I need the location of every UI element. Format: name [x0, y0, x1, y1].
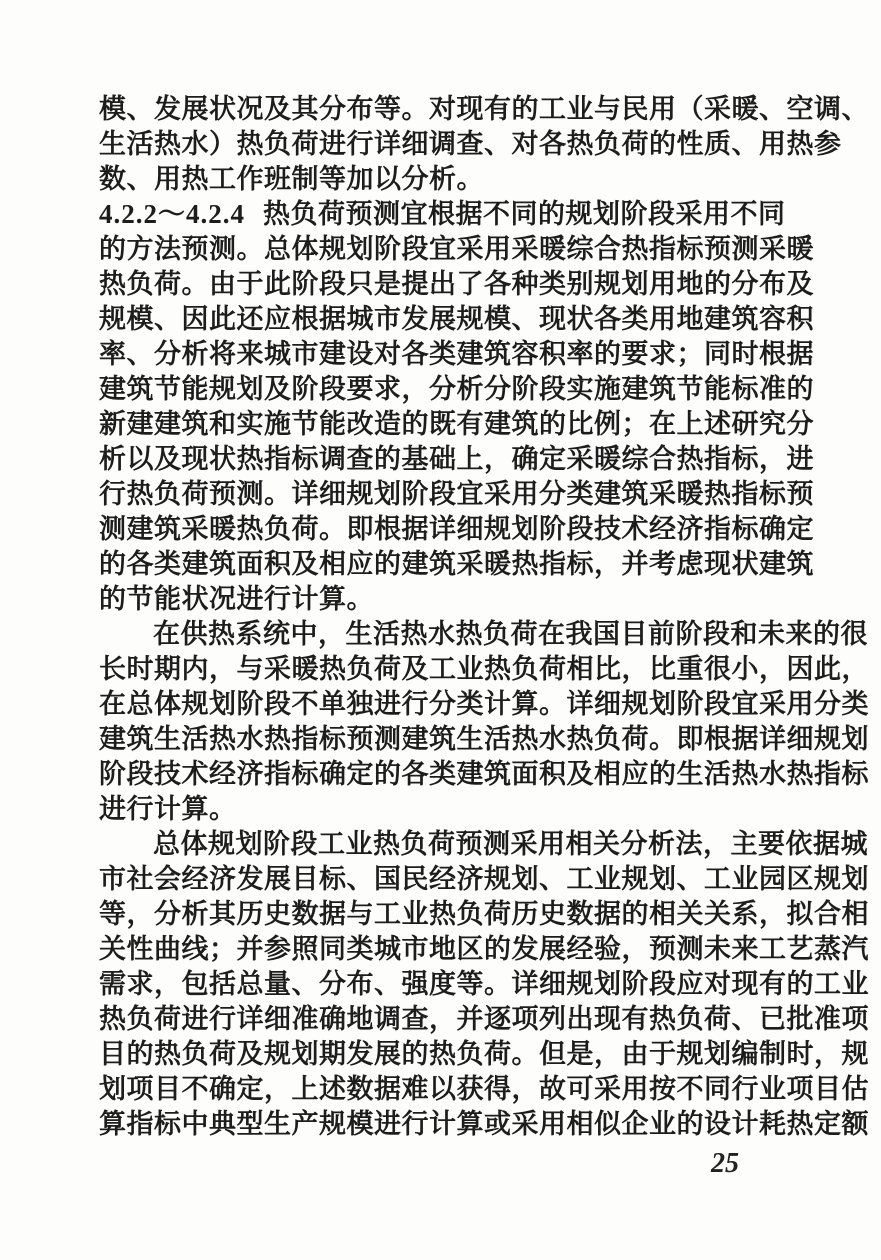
text-line-content: 的各类建筑面积及相应的建筑采暖热指标，并考虑现状建筑 — [99, 549, 814, 579]
text-line: 需求，包括总量、分布、强度等。详细规划阶段应对现有的工业 — [99, 967, 777, 1002]
text-line-content: 划项目不确定，上述数据难以获得，故可采用按不同行业项目估 — [99, 1074, 869, 1104]
text-line: 关性曲线；并参照同类城市地区的发展经验，预测未来工艺蒸汽 — [99, 932, 777, 967]
text-line-content: 生活热水）热负荷进行详细调查、对各热负荷的性质、用热参 — [99, 129, 842, 159]
text-line-clause: 4.2.2～4.2.4热负荷预测宜根据不同的规划阶段采用不同 — [99, 197, 777, 232]
text-line-content: 关性曲线；并参照同类城市地区的发展经验，预测未来工艺蒸汽 — [99, 934, 869, 964]
text-line: 的方法预测。总体规划阶段宜采用采暖综合热指标预测采暖 — [99, 232, 777, 267]
text-line-content: 目的热负荷及规划期发展的热负荷。但是，由于规划编制时，规 — [99, 1039, 869, 1069]
text-line-content: 新建建筑和实施节能改造的既有建筑的比例；在上述研究分 — [99, 409, 814, 439]
text-line-content: 测建筑采暖热负荷。即根据详细规划阶段技术经济指标确定 — [99, 514, 814, 544]
text-line-content: 进行计算。 — [99, 794, 237, 824]
text-line: 数、用热工作班制等加以分析。 — [99, 162, 777, 197]
text-line: 的节能状况进行计算。 — [99, 582, 777, 617]
text-line: 划项目不确定，上述数据难以获得，故可采用按不同行业项目估 — [99, 1072, 777, 1107]
text-line: 目的热负荷及规划期发展的热负荷。但是，由于规划编制时，规 — [99, 1037, 777, 1072]
text-line: 在总体规划阶段不单独进行分类计算。详细规划阶段宜采用分类 — [99, 687, 777, 722]
text-line-content: 在总体规划阶段不单独进行分类计算。详细规划阶段宜采用分类 — [99, 689, 869, 719]
text-line-content: 算指标中典型生产规模进行计算或采用相似企业的设计耗热定额 — [99, 1109, 869, 1139]
text-line-content: 行热负荷预测。详细规划阶段宜采用分类建筑采暖热指标预 — [99, 479, 814, 509]
text-line: 行热负荷预测。详细规划阶段宜采用分类建筑采暖热指标预 — [99, 477, 777, 512]
text-line: 热负荷。由于此阶段只是提出了各种类别规划用地的分布及 — [99, 267, 777, 302]
text-line: 测建筑采暖热负荷。即根据详细规划阶段技术经济指标确定 — [99, 512, 777, 547]
text-line: 规模、因此还应根据城市发展规模、现状各类用地建筑容积 — [99, 302, 777, 337]
text-line-content: 率、分析将来城市建设对各类建筑容积率的要求；同时根据 — [99, 339, 814, 369]
text-line-content: 总体规划阶段工业热负荷预测采用相关分析法，主要依据城 — [153, 829, 868, 859]
text-line: 热负荷进行详细准确地调查，并逐项列出现有热负荷、已批准项 — [99, 1002, 777, 1037]
text-line-content: 热负荷。由于此阶段只是提出了各种类别规划用地的分布及 — [99, 269, 814, 299]
text-line-paragraph-start: 总体规划阶段工业热负荷预测采用相关分析法，主要依据城 — [99, 827, 777, 862]
text-line: 生活热水）热负荷进行详细调查、对各热负荷的性质、用热参 — [99, 127, 777, 162]
text-line-content: 规模、因此还应根据城市发展规模、现状各类用地建筑容积 — [99, 304, 814, 334]
text-line-content: 数、用热工作班制等加以分析。 — [99, 164, 484, 194]
text-line-content: 析以及现状热指标调查的基础上，确定采暖综合热指标，进 — [99, 444, 814, 474]
text-line: 等，分析其历史数据与工业热负荷历史数据的相关关系，拟合相 — [99, 897, 777, 932]
clause-number: 4.2.2～4.2.4 — [99, 199, 245, 229]
text-line: 新建建筑和实施节能改造的既有建筑的比例；在上述研究分 — [99, 407, 777, 442]
page-number: 25 — [711, 1148, 739, 1180]
text-line-paragraph-start: 在供热系统中，生活热水热负荷在我国目前阶段和未来的很 — [99, 617, 777, 652]
text-line-content: 建筑节能规划及阶段要求，分析分阶段实施建筑节能标准的 — [99, 374, 814, 404]
text-line-content: 模、发展状况及其分布等。对现有的工业与民用（采暖、空调、 — [99, 94, 869, 124]
text-line-content: 长时期内，与采暖热负荷及工业热负荷相比，比重很小，因此， — [99, 654, 869, 684]
text-line: 的各类建筑面积及相应的建筑采暖热指标，并考虑现状建筑 — [99, 547, 777, 582]
text-line: 进行计算。 — [99, 792, 777, 827]
text-line: 率、分析将来城市建设对各类建筑容积率的要求；同时根据 — [99, 337, 777, 372]
text-line: 算指标中典型生产规模进行计算或采用相似企业的设计耗热定额 — [99, 1107, 777, 1142]
text-line-content: 的节能状况进行计算。 — [99, 584, 374, 614]
body-text-block: 模、发展状况及其分布等。对现有的工业与民用（采暖、空调、 生活热水）热负荷进行详… — [99, 92, 777, 1142]
document-page: 模、发展状况及其分布等。对现有的工业与民用（采暖、空调、 生活热水）热负荷进行详… — [0, 0, 881, 1260]
text-line-content: 等，分析其历史数据与工业热负荷历史数据的相关关系，拟合相 — [99, 899, 869, 929]
text-line-content: 在供热系统中，生活热水热负荷在我国目前阶段和未来的很 — [153, 619, 868, 649]
text-line-content: 热负荷预测宜根据不同的规划阶段采用不同 — [263, 199, 786, 229]
text-line-content: 需求，包括总量、分布、强度等。详细规划阶段应对现有的工业 — [99, 969, 869, 999]
text-line: 阶段技术经济指标确定的各类建筑面积及相应的生活热水热指标 — [99, 757, 777, 792]
text-line: 建筑生活热水热指标预测建筑生活热水热负荷。即根据详细规划 — [99, 722, 777, 757]
text-line: 长时期内，与采暖热负荷及工业热负荷相比，比重很小，因此， — [99, 652, 777, 687]
text-line-content: 的方法预测。总体规划阶段宜采用采暖综合热指标预测采暖 — [99, 234, 814, 264]
text-line: 析以及现状热指标调查的基础上，确定采暖综合热指标，进 — [99, 442, 777, 477]
text-line-content: 热负荷进行详细准确地调查，并逐项列出现有热负荷、已批准项 — [99, 1004, 869, 1034]
text-line-content: 建筑生活热水热指标预测建筑生活热水热负荷。即根据详细规划 — [99, 724, 869, 754]
text-line: 市社会经济发展目标、国民经济规划、工业规划、工业园区规划 — [99, 862, 777, 897]
text-line-content: 市社会经济发展目标、国民经济规划、工业规划、工业园区规划 — [99, 864, 869, 894]
text-line-content: 阶段技术经济指标确定的各类建筑面积及相应的生活热水热指标 — [99, 759, 869, 789]
text-line: 建筑节能规划及阶段要求，分析分阶段实施建筑节能标准的 — [99, 372, 777, 407]
text-line: 模、发展状况及其分布等。对现有的工业与民用（采暖、空调、 — [99, 92, 777, 127]
